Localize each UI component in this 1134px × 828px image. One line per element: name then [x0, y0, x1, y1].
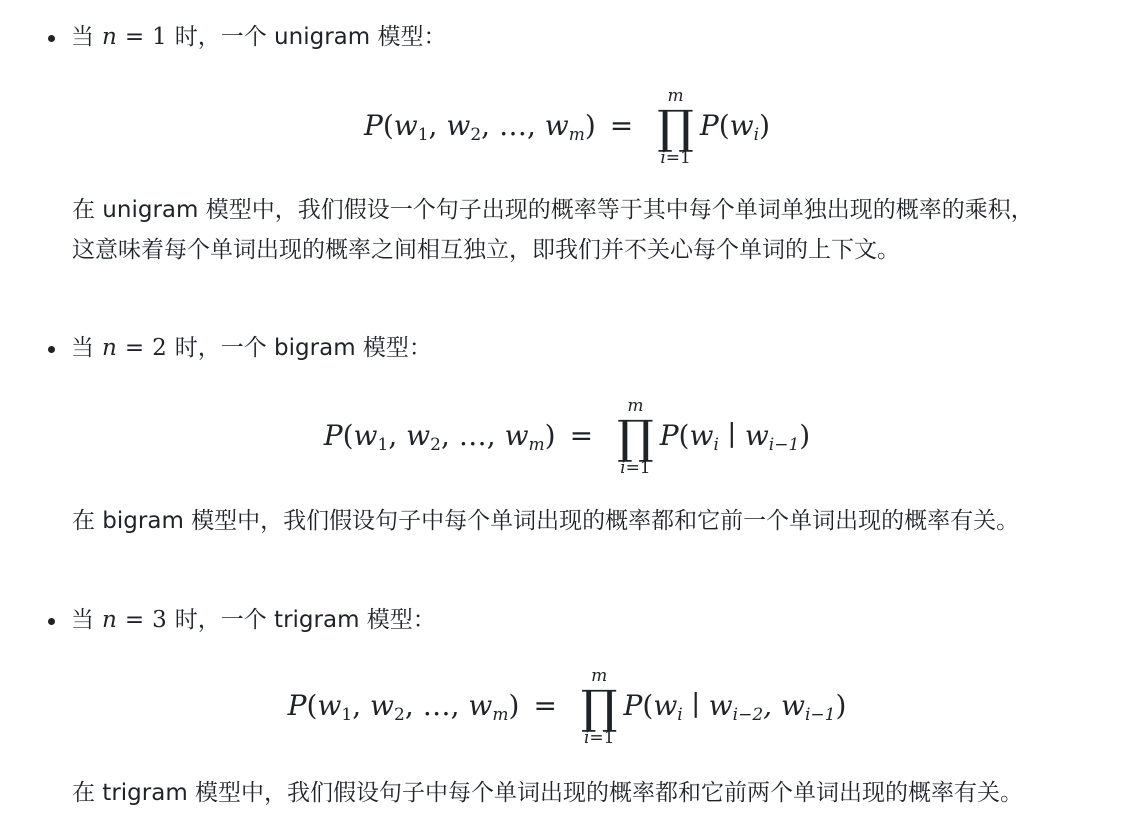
- heading-suffix: 时，一个 trigram 模型：: [175, 603, 436, 637]
- heading-suffix: 时，一个 unigram 模型：: [175, 20, 447, 54]
- heading-var: n: [102, 603, 117, 637]
- formula-equals: =: [533, 689, 556, 722]
- product-operator: m ∏ i=1: [617, 397, 654, 477]
- formula-equals: =: [610, 109, 633, 142]
- description-bigram: 在 bigram 模型中，我们假设句子中每个单词出现的概率都和它前一个单词出现的…: [72, 501, 1092, 541]
- formula-bigram: P(w1, w2, …, wm) = m ∏ i=1 P(wi ∣ wi−1): [0, 390, 1134, 480]
- description-unigram: 在 unigram 模型中，我们假设一个句子出现的概率等于其中每个单词单独出现的…: [72, 190, 1092, 270]
- heading-value: 3: [152, 603, 167, 637]
- description-trigram: 在 trigram 模型中，我们假设句子中每个单词出现的概率都和它前两个单词出现…: [72, 773, 1092, 813]
- heading-prefix: 当: [71, 20, 94, 54]
- heading-var: n: [102, 20, 117, 54]
- heading-equals: =: [125, 603, 144, 637]
- heading-value: 1: [152, 20, 167, 54]
- heading-value: 2: [152, 331, 167, 365]
- heading-equals: =: [125, 331, 144, 365]
- bullet-heading-unigram: 当 n = 1 时，一个 unigram 模型：: [48, 20, 446, 54]
- heading-var: n: [102, 331, 117, 365]
- description-line: 在 trigram 模型中，我们假设句子中每个单词出现的概率都和它前两个单词出现…: [72, 773, 1092, 813]
- bullet-heading-trigram: 当 n = 3 时，一个 trigram 模型：: [48, 603, 436, 637]
- formula-lhs: P(w1, w2, …, wm): [364, 109, 596, 142]
- heading-suffix: 时，一个 bigram 模型：: [175, 331, 432, 365]
- heading-prefix: 当: [71, 331, 94, 365]
- bullet-icon: [48, 346, 55, 353]
- formula-lhs: P(w1, w2, …, wm): [324, 419, 556, 452]
- description-line: 在 bigram 模型中，我们假设句子中每个单词出现的概率都和它前一个单词出现的…: [72, 501, 1092, 541]
- heading-prefix: 当: [71, 603, 94, 637]
- product-operator: m ∏ i=1: [657, 87, 694, 167]
- formula-rhs: P(wi ∣ wi−1): [660, 419, 811, 452]
- bullet-icon: [48, 618, 55, 625]
- formula-trigram: P(w1, w2, …, wm) = m ∏ i=1 P(wi ∣ wi−2, …: [0, 660, 1134, 750]
- formula-equals: =: [570, 419, 593, 452]
- bullet-heading-bigram: 当 n = 2 时，一个 bigram 模型：: [48, 331, 432, 365]
- heading-equals: =: [125, 20, 144, 54]
- description-line: 在 unigram 模型中，我们假设一个句子出现的概率等于其中每个单词单独出现的…: [72, 190, 1092, 230]
- description-line: 这意味着每个单词出现的概率之间相互独立，即我们并不关心每个单词的上下文。: [72, 230, 1092, 270]
- bullet-icon: [48, 35, 55, 42]
- formula-rhs: P(wi ∣ wi−2, wi−1): [624, 689, 847, 722]
- product-operator: m ∏ i=1: [581, 667, 618, 747]
- formula-rhs: P(wi): [700, 109, 770, 142]
- formula-lhs: P(w1, w2, …, wm): [288, 689, 520, 722]
- formula-unigram: P(w1, w2, …, wm) = m ∏ i=1 P(wi): [0, 80, 1134, 170]
